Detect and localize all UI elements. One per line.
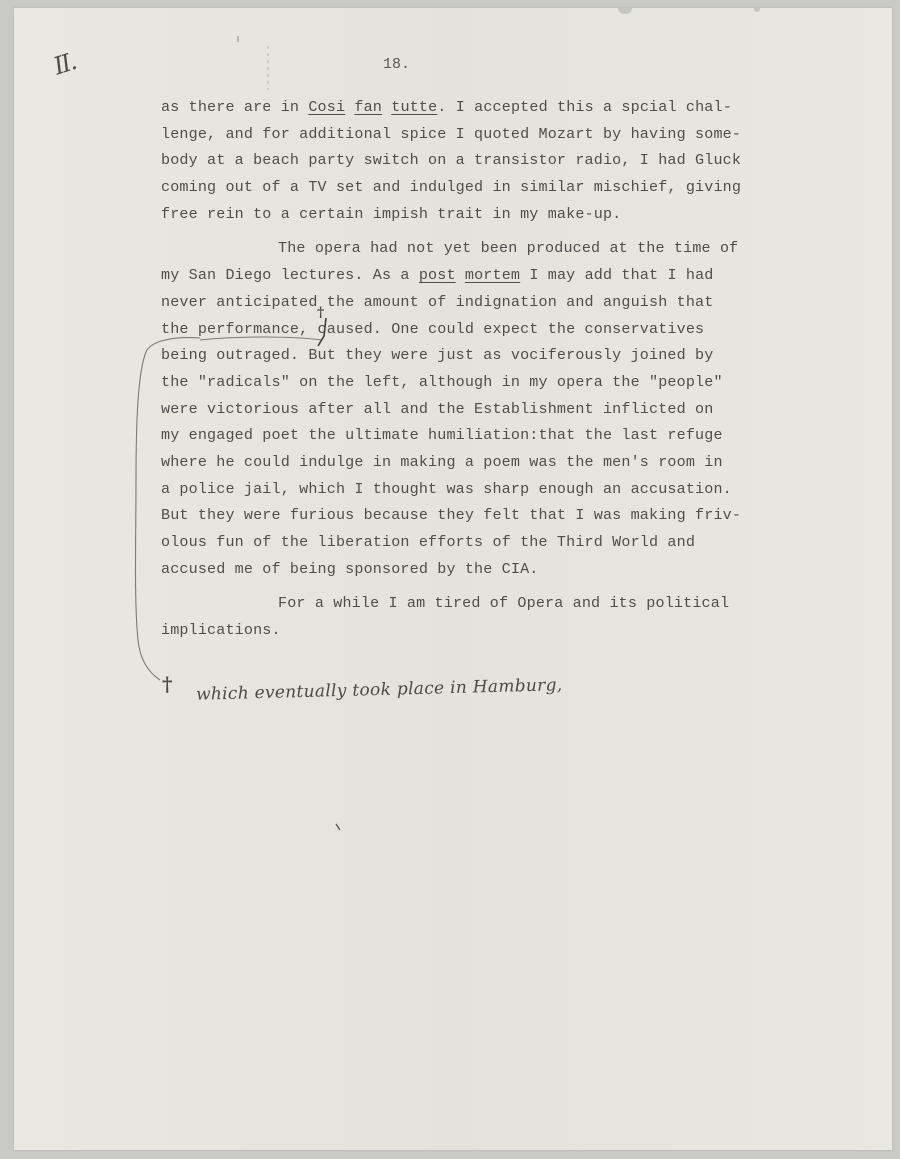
text-line: body at a beach party switch on a transi… (161, 147, 851, 174)
underlined-word: Cosi (308, 98, 345, 116)
text-segment (382, 98, 391, 116)
text-segment (456, 266, 465, 284)
text-line: implications. (161, 617, 851, 644)
underlined-word: fan (354, 98, 382, 116)
text-line: where he could indulge in making a poem … (161, 449, 851, 476)
text-segment: I may add that I had (520, 266, 713, 284)
text-line: being outraged. But they were just as vo… (161, 342, 851, 369)
text-segment: olous fun of the liberation efforts of t… (161, 533, 695, 551)
footnote-mark: † (162, 672, 172, 696)
text-line: the "radicals" on the left, although in … (161, 369, 851, 396)
text-segment: lenge, and for additional spice I quoted… (161, 125, 741, 143)
text-segment (345, 98, 354, 116)
text-line: as there are in Cosi fan tutte. I accept… (161, 94, 851, 121)
text-segment: The opera had not yet been produced at t… (278, 239, 738, 257)
page-number: 18. (383, 56, 410, 73)
text-segment: a police jail, which I thought was sharp… (161, 480, 732, 498)
insertion-mark: † (317, 305, 324, 321)
text-segment: where he could indulge in making a poem … (161, 453, 723, 471)
typed-body-text: as there are in Cosi fan tutte. I accept… (161, 94, 851, 644)
text-line: The opera had not yet been produced at t… (161, 235, 851, 262)
text-line: For a while I am tired of Opera and its … (161, 590, 851, 617)
underlined-word: tutte (391, 98, 437, 116)
text-segment: were victorious after all and the Establ… (161, 400, 713, 418)
text-segment: body at a beach party switch on a transi… (161, 151, 741, 169)
text-line: coming out of a TV set and indulged in s… (161, 174, 851, 201)
text-line: were victorious after all and the Establ… (161, 396, 851, 423)
text-segment: . I accepted this a spcial chal- (437, 98, 732, 116)
text-line: olous fun of the liberation efforts of t… (161, 529, 851, 556)
text-segment: never anticipated the amount of indignat… (161, 293, 713, 311)
text-segment: being outraged. But they were just as vo… (161, 346, 713, 364)
text-line: my engaged poet the ultimate humiliation… (161, 422, 851, 449)
text-line: my San Diego lectures. As a post mortem … (161, 262, 851, 289)
text-segment: the "radicals" on the left, although in … (161, 373, 723, 391)
text-segment: For a while I am tired of Opera and its … (278, 594, 729, 612)
paragraph-gap (161, 582, 851, 590)
text-segment: my San Diego lectures. As a (161, 266, 419, 284)
text-segment: implications. (161, 621, 281, 639)
text-line: a police jail, which I thought was sharp… (161, 476, 851, 503)
text-line: the performance, caused. One could expec… (161, 316, 851, 343)
text-line: But they were furious because they felt … (161, 502, 851, 529)
text-line: free rein to a certain impish trait in m… (161, 201, 851, 228)
paragraph-gap (161, 227, 851, 235)
text-segment: accused me of being sponsored by the CIA… (161, 560, 539, 578)
underlined-word: post (419, 266, 456, 284)
underlined-word: mortem (465, 266, 520, 284)
text-line: lenge, and for additional spice I quoted… (161, 121, 851, 148)
text-segment: coming out of a TV set and indulged in s… (161, 178, 741, 196)
text-segment: the performance, caused. One could expec… (161, 320, 704, 338)
text-segment: free rein to a certain impish trait in m… (161, 205, 621, 223)
text-segment: as there are in (161, 98, 308, 116)
text-segment: my engaged poet the ultimate humiliation… (161, 426, 723, 444)
text-segment: But they were furious because they felt … (161, 506, 741, 524)
text-line: accused me of being sponsored by the CIA… (161, 556, 851, 583)
text-line: never anticipated the amount of indignat… (161, 289, 851, 316)
